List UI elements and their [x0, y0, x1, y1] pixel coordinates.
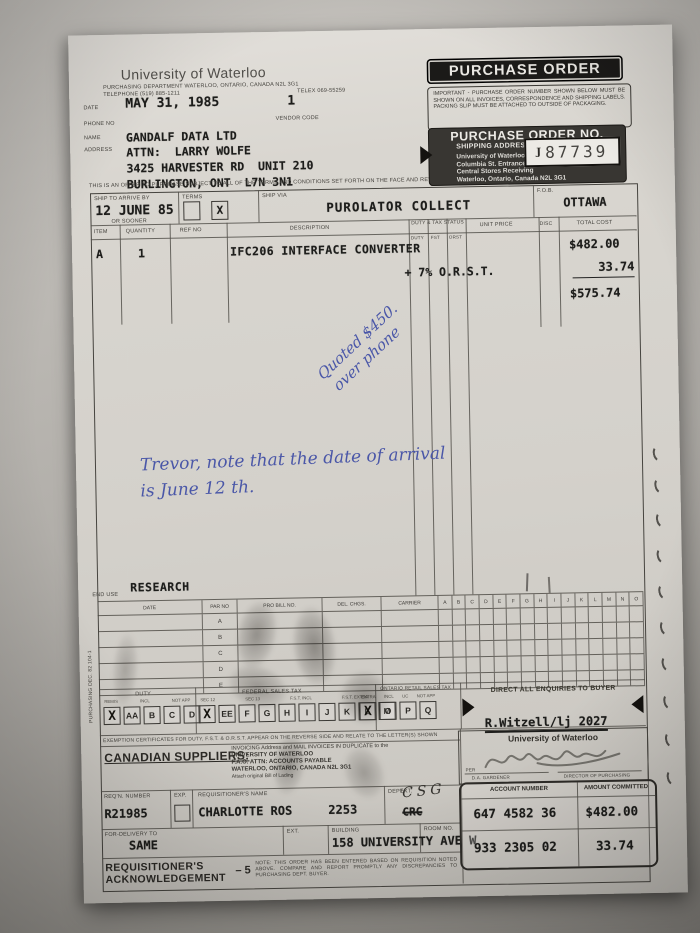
- requisitioner-value: CHARLOTTE ROS: [198, 804, 292, 820]
- tracking-cell: [618, 670, 632, 685]
- account-number-value: 647 4582 36: [473, 805, 556, 822]
- tracking-col-header: C: [466, 595, 480, 608]
- tracking-cell: [548, 624, 562, 639]
- tracking-col-header: CARRIER: [381, 596, 438, 610]
- tracking-col-header: M: [602, 593, 616, 606]
- tax-sublabel: NOT APP: [417, 693, 436, 698]
- tracking-cell: [617, 638, 631, 653]
- tracking-cell: [616, 606, 630, 621]
- tracking-cell: [480, 641, 494, 656]
- tax-sublabel: NOT APP: [172, 697, 191, 702]
- tracking-cell: [631, 670, 645, 685]
- hole-punch: [654, 510, 671, 529]
- tracking-cell: [480, 625, 494, 640]
- tracking-cell: [495, 673, 509, 688]
- tax-line-text: + 7% O.R.S.T.: [404, 264, 494, 280]
- tracking-cell: [549, 640, 563, 655]
- tracking-col-header: D: [479, 595, 493, 608]
- tracking-cell: [507, 624, 521, 639]
- address-label: ADDRESS: [84, 147, 112, 154]
- terms-label: TERMS: [182, 194, 202, 201]
- tracking-cell: [603, 607, 617, 622]
- date-value: MAY 31, 1985: [125, 95, 219, 112]
- tracking-cell: [617, 622, 631, 637]
- tracking-cell: [522, 672, 536, 687]
- terms-checkbox-2: X: [211, 201, 228, 220]
- tracking-col-header: H: [534, 594, 548, 607]
- tax-letter-box: C: [163, 706, 180, 724]
- item-letter: A: [96, 247, 103, 261]
- amount-committed-value: $482.00: [585, 803, 638, 819]
- canadian-suppliers-title: CANADIAN SUPPLIERS:: [104, 748, 249, 765]
- tracking-cell: [562, 623, 576, 638]
- vendor-address-line: ATTN: LARRY WOLFE: [126, 143, 251, 159]
- hole-punch: [658, 617, 675, 636]
- account-number-value: 933 2305 02: [474, 839, 557, 856]
- tracking-col-header: N: [616, 592, 630, 605]
- tax-letter-box: I: [298, 703, 315, 721]
- ack-number: – 5: [235, 864, 251, 876]
- fob-value: OTTAWA: [563, 195, 607, 210]
- col-header-duty-tax: DUTY & TAX STATUS: [411, 220, 465, 226]
- tracking-cell: [494, 657, 508, 672]
- form-number-side-label: PURCHASING DEC. 82 104-1: [87, 641, 95, 731]
- tracking-cell: [507, 608, 521, 623]
- tracking-cell: [590, 671, 604, 686]
- tracking-col-header: E: [493, 595, 507, 608]
- university-name: University of Waterloo: [121, 64, 266, 83]
- ext-value: 2253: [328, 802, 357, 817]
- tracking-cell: [535, 640, 549, 655]
- tracking-cell: [549, 672, 563, 687]
- tracking-col-header: K: [575, 593, 589, 606]
- col-header-description: DESCRIPTION: [290, 225, 330, 232]
- sub-header-orst: ORST: [449, 234, 462, 241]
- tracking-cell: [493, 609, 507, 624]
- ack-note: NOTE: THIS ORDER HAS BEEN ENTERED BASED …: [255, 857, 457, 879]
- tracking-cell: [508, 672, 522, 687]
- tracking-col-header: I: [548, 594, 562, 607]
- tracking-cell: [631, 654, 645, 669]
- tracking-col-header: O: [630, 592, 644, 605]
- arrow-left-icon: [631, 695, 643, 713]
- reqn-number-label: REQ'N. NUMBER: [104, 793, 151, 800]
- tracking-cell: [481, 657, 495, 672]
- item-total: $482.00: [569, 237, 620, 252]
- tracking-cell: [604, 671, 618, 686]
- vendor-address-line: 3425 HARVESTER RD UNIT 210: [126, 158, 313, 175]
- tracking-col-header: DATE: [97, 600, 202, 615]
- tracking-cell: [603, 639, 617, 654]
- tracking-cell: [575, 607, 589, 622]
- tracking-cell: [508, 640, 522, 655]
- sub-header-fst: FST: [431, 235, 440, 242]
- exp-checkbox: [174, 804, 190, 821]
- tracking-col-header: F: [507, 594, 521, 607]
- ship-via-label: SHIP VIA: [262, 193, 287, 200]
- tracking-cell: [589, 623, 603, 638]
- dept-typed-struck: CRC: [402, 805, 422, 818]
- tracking-cell: [576, 655, 590, 670]
- tracking-cell: [467, 657, 481, 672]
- tracking-cell: [440, 658, 454, 673]
- grand-total: $575.74: [570, 286, 621, 301]
- hole-punch: [657, 582, 674, 601]
- arrow-right-icon: [420, 146, 432, 164]
- reqn-number-value: R21985: [104, 806, 148, 821]
- tracking-cell: [480, 609, 494, 624]
- shipping-address-line: Waterloo, Ontario, Canada N2L 3G1: [457, 174, 567, 184]
- tracking-cell: [467, 673, 481, 688]
- tracking-cell: [548, 608, 562, 623]
- terms-check-mark: X: [216, 204, 223, 217]
- po-number-prefix: J: [536, 147, 541, 158]
- tracking-cell: [630, 606, 644, 621]
- po-number-value: 87739: [545, 142, 609, 162]
- amount-committed-value: 33.74: [596, 837, 634, 853]
- tracking-cell: [534, 608, 548, 623]
- tracking-cell: [562, 639, 576, 654]
- purchase-order-title: PURCHASE ORDER: [427, 55, 623, 84]
- po-number-plate: J 87739: [524, 137, 621, 168]
- telex-line: TELEX 069-55259: [297, 88, 345, 95]
- per-label: PER: [466, 767, 476, 774]
- col-header-item: ITEM: [94, 229, 108, 236]
- tracking-col-header: PAR NO: [202, 600, 237, 614]
- tracking-cell: [98, 614, 203, 631]
- tracking-cell: [617, 654, 631, 669]
- tracking-cell: [453, 641, 467, 656]
- hole-punch: [665, 767, 682, 786]
- po-number-box: PURCHASE ORDER NO. SHIPPING ADDRESS Univ…: [428, 124, 627, 186]
- building-value: 158 UNIVERSITY AVE W: [332, 833, 477, 850]
- tracking-cell: [382, 642, 439, 658]
- tracking-cell: [535, 656, 549, 671]
- tracking-cell: [466, 625, 480, 640]
- tracking-cell: [603, 623, 617, 638]
- tracking-cell: [466, 609, 480, 624]
- building-label: BUILDING: [332, 827, 360, 834]
- tax-letter-box: P: [399, 701, 416, 719]
- vendor-code-label: VENDOR CODE: [276, 115, 319, 122]
- tracking-cell: [439, 626, 453, 641]
- tracking-cell: [521, 608, 535, 623]
- terms-checkbox-1: [183, 201, 200, 220]
- tax-line-amount: 33.74: [572, 259, 634, 278]
- tracking-cell: [494, 641, 508, 656]
- room-no-label: ROOM NO.: [424, 826, 454, 833]
- tracking-cell: [590, 639, 604, 654]
- tracking-cell: [521, 624, 535, 639]
- tracking-col-header: G: [520, 594, 534, 607]
- shipping-address-label: SHIPPING ADDRESS: [456, 142, 530, 150]
- item-quantity: 1: [138, 246, 145, 260]
- hole-punch: [653, 476, 670, 495]
- tracking-cell: [549, 656, 563, 671]
- tracking-cell: [535, 624, 549, 639]
- hole-punch: [660, 653, 677, 672]
- tracking-cell: [453, 625, 467, 640]
- col-header-quantity: QUANTITY: [126, 228, 156, 235]
- tracking-cell: [481, 673, 495, 688]
- tax-sublabel: UC: [402, 693, 408, 698]
- tracking-cell: [563, 671, 577, 686]
- tax-sublabel: SEC 12: [200, 697, 215, 702]
- tax-sublabel: INCL: [140, 698, 150, 703]
- vendor-code-value: 1: [287, 93, 295, 108]
- hole-punch: [663, 729, 680, 748]
- exp-label: EXP.: [174, 793, 187, 800]
- tracking-cell: [631, 638, 645, 653]
- account-number-header: ACCOUNT NUMBER: [461, 785, 577, 793]
- tracking-cell: [562, 607, 576, 622]
- tracking-cell: [439, 610, 453, 625]
- tracking-cell: [590, 655, 604, 670]
- tracking-cell: [382, 626, 439, 642]
- hole-punch: [655, 546, 672, 565]
- ship-date-value: 12 JUNE 85: [95, 203, 174, 219]
- tracking-cell: [563, 655, 577, 670]
- tax-letter-box: B: [143, 706, 160, 724]
- tracking-cell: [576, 639, 590, 654]
- col-header-refno: REF NO: [180, 227, 202, 234]
- ext2-label: EXT.: [287, 829, 300, 836]
- tracking-cell: [439, 642, 453, 657]
- col-header-unit-price: UNIT PRICE: [480, 221, 513, 228]
- tracking-cell: [508, 656, 522, 671]
- tracking-cell: [630, 622, 644, 637]
- hole-punch: [651, 444, 668, 463]
- date-label: DATE: [83, 105, 98, 112]
- signature-box: University of Waterloo PER D.A. GARDENER…: [458, 727, 649, 784]
- requisitioner-label: REQUISITIONER'S NAME: [198, 791, 268, 799]
- arrow-right-icon: [462, 698, 474, 716]
- ship-to-arrive-label: SHIP TO ARRIVE BY: [94, 195, 150, 203]
- tracking-cell: [521, 640, 535, 655]
- tracking-col-header: A: [438, 596, 452, 609]
- account-table: ACCOUNT NUMBER AMOUNT COMMITTED 647 4582…: [459, 779, 659, 871]
- phone-no-label: PHONE NO: [84, 121, 115, 128]
- photo-background: { "colors": {"paper":"#d4d1cb","ink_blac…: [0, 0, 700, 933]
- end-use-value: RESEARCH: [130, 579, 190, 594]
- tracking-col-header: J: [561, 593, 575, 606]
- tracking-cell: [522, 656, 536, 671]
- tracking-cell: [453, 657, 467, 672]
- tracking-cell: [452, 609, 466, 624]
- tracking-cell: [604, 655, 618, 670]
- tracking-cell: [382, 610, 439, 626]
- purchase-order-page: University of Waterloo PURCHASING DEPART…: [68, 25, 688, 904]
- end-use-label: END USE: [92, 592, 118, 599]
- hole-punch: [662, 691, 679, 710]
- col-header-disc: DISC: [540, 221, 553, 228]
- tracking-cell: [494, 625, 508, 640]
- tracking-cell: [467, 641, 481, 656]
- fob-label: F.O.B.: [537, 188, 554, 195]
- tracking-col-header: B: [452, 595, 466, 608]
- tracking-col-header: L: [589, 593, 603, 606]
- tax-letter-box: X: [198, 705, 215, 723]
- tracking-cell: [589, 607, 603, 622]
- name-label: NAME: [84, 135, 101, 142]
- for-delivery-value: SAME: [129, 838, 158, 853]
- tracking-cell: [536, 672, 550, 687]
- or-sooner-label: OR SOONER: [111, 218, 147, 225]
- tracking-cell: [576, 623, 590, 638]
- tracking-cell: [577, 671, 591, 686]
- tracking-cell: [383, 658, 440, 674]
- amount-committed-header: AMOUNT COMMITTED: [577, 784, 655, 791]
- ack-line2: ACKNOWLEDGEMENT: [105, 872, 226, 886]
- purchasing-dept-line: PURCHASING DEPARTMENT WATERLOO, ONTARIO,…: [103, 81, 299, 91]
- ship-via-value: PUROLATOR COLLECT: [326, 197, 471, 215]
- col-header-total-cost: TOTAL COST: [577, 220, 613, 227]
- tax-letter-box: Q: [419, 701, 436, 719]
